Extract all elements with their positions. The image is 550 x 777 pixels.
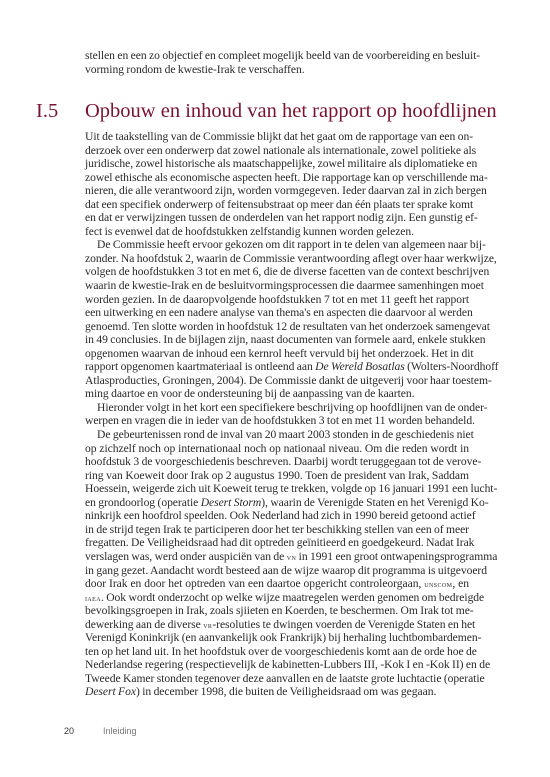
text-line: werpen en vragen die in ieder van de hoo… <box>85 414 469 428</box>
text-line: genoemd. Ten slotte worden in hoofdstuk … <box>85 320 469 334</box>
text-line: waarin de kwestie-Irak en de besluitvorm… <box>85 279 469 293</box>
text-line: Hoessein, weigerde zich uit Koeweit teru… <box>85 482 469 496</box>
text-line: hoofdstuk 3 de voorgeschiedenis beschrev… <box>85 455 469 469</box>
text-line: dat een specifiek onderwerp of feitensub… <box>85 198 469 212</box>
text-line: rapport opgenomen kaartmateriaal is ontl… <box>85 360 469 374</box>
text-line: vorming rondom de kwestie-Irak te versch… <box>85 63 469 77</box>
text-line: door Irak en door het optreden van een d… <box>85 577 469 591</box>
paragraph: De gebeurtenissen rond de inval van 20 m… <box>85 428 469 699</box>
text-line: Tweede Kamer stonden tegenover deze aanv… <box>85 672 469 686</box>
text-line: op zichzelf noch op internationaal noch … <box>85 442 469 456</box>
text-line: volgen de hoofdstukken 3 tot en met 6, d… <box>85 265 469 279</box>
text-line: zowel ethische als economische aspecten … <box>85 171 469 185</box>
text-line: Atlasproducties, Groningen, 2004). De Co… <box>85 374 469 388</box>
text-line: een uitwerking en een nadere analyse van… <box>85 306 469 320</box>
text-line: ming daartoe en voor de ondersteuning bi… <box>85 387 469 401</box>
text-line: zonder. Na hoofdstuk 2, waarin de Commis… <box>85 252 469 266</box>
running-section-label: Inleiding <box>103 726 137 736</box>
text-line: Desert Fox) in december 1998, die buiten… <box>85 685 469 699</box>
text-line: De Commissie heeft ervoor gekozen om dit… <box>85 238 469 252</box>
text-line: worden gezien. In de daaropvolgende hoof… <box>85 293 469 307</box>
text-line: en grondoorlog (operatie Desert Storm), … <box>85 496 469 510</box>
paragraph: De Commissie heeft ervoor gekozen om dit… <box>85 238 469 401</box>
text-line: Verenigd Koninkrijk (en aanvankelijk ook… <box>85 631 469 645</box>
text-line: in gang gezet. Aandacht wordt besteed aa… <box>85 564 469 578</box>
text-line: verslagen was, werd onder auspiciën van … <box>85 550 469 564</box>
text-line: in 49 conclusies. In de bijlagen zijn, n… <box>85 333 469 347</box>
text-line: ring van Koeweit door Irak op 2 augustus… <box>85 469 469 483</box>
section-title: Opbouw en inhoud van het rapport op hoof… <box>85 100 497 122</box>
page-footer: 20Inleiding <box>64 726 137 736</box>
text-line: Uit de taakstelling van de Commissie bli… <box>85 130 469 144</box>
text-line: fregatten. De Veiligheidsraad had dit op… <box>85 536 469 550</box>
paragraph: Uit de taakstelling van de Commissie bli… <box>85 130 469 238</box>
text-line: opgenomen waarvan de inhoud een kernrol … <box>85 347 469 361</box>
document-page: stellen en een zo objectief en compleet … <box>0 0 550 777</box>
section-number: I.5 <box>36 98 85 124</box>
text-line: De gebeurtenissen rond de inval van 20 m… <box>85 428 469 442</box>
text-line: en dat er verwijzingen tussen de onderde… <box>85 211 469 225</box>
body-text: Uit de taakstelling van de Commissie bli… <box>85 130 469 699</box>
text-line: ninkrijk een hoofdrol speelden. Ook Nede… <box>85 509 469 523</box>
text-line: fect is evenwel dat de hoofdstukken zelf… <box>85 225 469 239</box>
text-line: derzoek over een onderwerp dat zowel nat… <box>85 144 469 158</box>
intro-paragraph: stellen en een zo objectief en compleet … <box>85 49 469 76</box>
text-line: IAEA. Ook wordt onderzocht op welke wijz… <box>85 591 469 605</box>
text-line: stellen en een zo objectief en compleet … <box>85 49 469 63</box>
text-line: dewerking aan de diverse VR-resoluties t… <box>85 618 469 632</box>
text-line: juridische, zowel historische als maatsc… <box>85 157 469 171</box>
text-line: Hieronder volgt in het kort een specifie… <box>85 401 469 415</box>
section-heading: I.5Opbouw en inhoud van het rapport op h… <box>36 98 516 124</box>
paragraph: Hieronder volgt in het kort een specifie… <box>85 401 469 428</box>
text-line: Nederlandse regering (respectievelijk de… <box>85 658 469 672</box>
text-line: in de strijd tegen Irak te participeren … <box>85 523 469 537</box>
text-line: nieren, die alle verantwoord zijn, worde… <box>85 184 469 198</box>
text-line: ten op het land uit. In het hoofdstuk ov… <box>85 645 469 659</box>
text-line: bevolkingsgroepen in Irak, zoals sjiiete… <box>85 604 469 618</box>
page-number: 20 <box>64 726 103 736</box>
